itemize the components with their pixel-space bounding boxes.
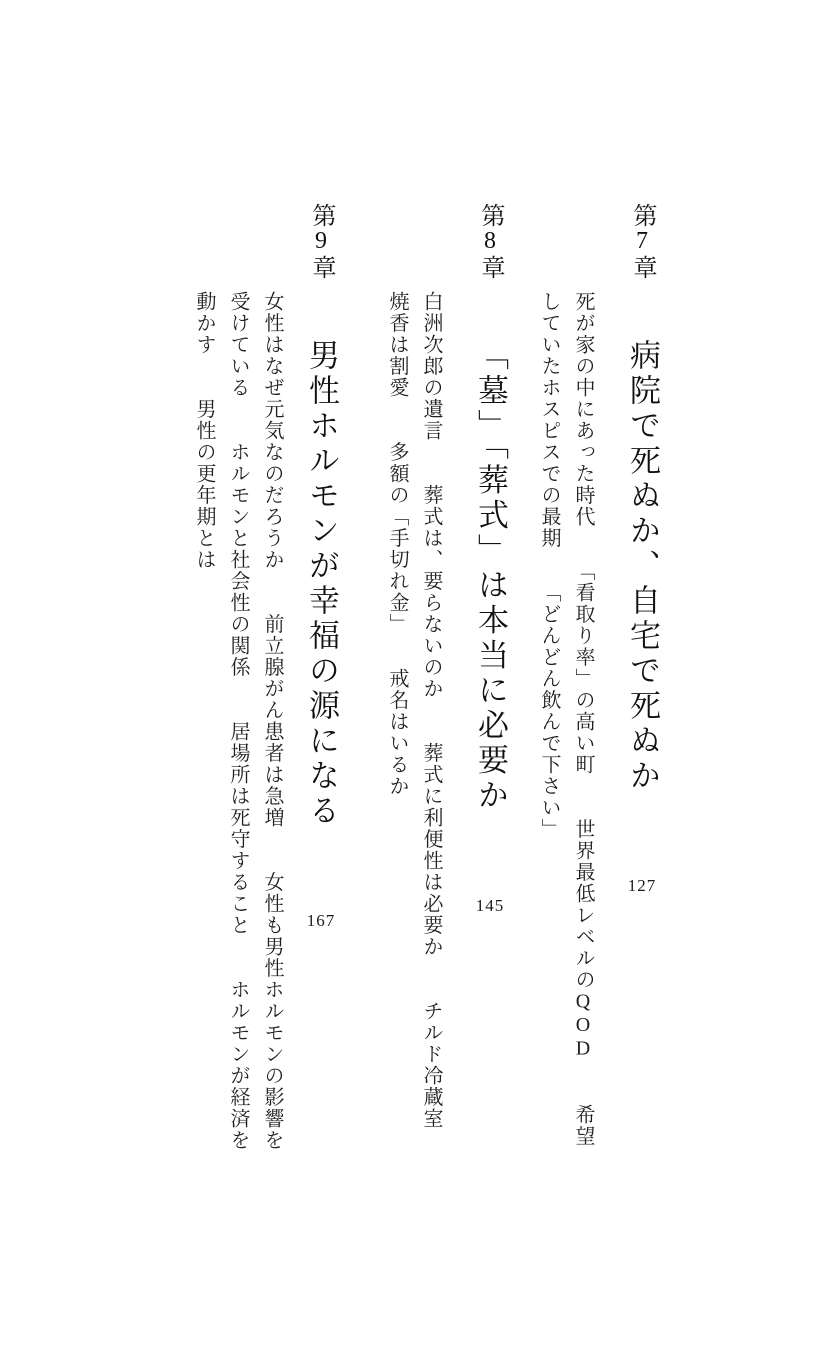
chapter-7-subentries-column-2: していたホスピスでの最期 「どんどん飲んで下さい」 (532, 203, 566, 1303)
chapter-9-subentries-column-2: 受けている ホルモンと社会性の関係 居場所は死守すること ホルモンが経済を (221, 203, 255, 1303)
chapter-7-label: 第7章 (629, 203, 655, 280)
chapter-7-subentries-column-1: 死が家の中にあった時代 「看取り率」の高い町 世界最低レベルのQOD 希望 (566, 203, 600, 1303)
book-toc-page: { "page": { "background": "#ffffff", "te… (0, 0, 835, 1357)
chapter-8-subentries-column-2: 焼香は割愛 多額の「手切れ金」 戒名はいるか (380, 203, 414, 1303)
chapter-9-page-number: 167 (307, 912, 336, 929)
chapter-8-subentries-column-1: 白洲次郎の遺言 葬式は、要らないのか 葬式に利便性は必要か チルド冷蔵室 (414, 203, 448, 1303)
chapter-9-subentries-column-3: 動かす 男性の更年期とは (187, 203, 221, 1303)
chapter-9-heading: 第9章 男性ホルモンが幸福の源になる 167 (299, 203, 343, 1303)
chapter-9-label: 第9章 (308, 203, 334, 280)
chapter-9-title: 男性ホルモンが幸福の源になる (304, 339, 339, 829)
chapter-8-page-number: 145 (476, 897, 505, 914)
table-of-contents: 第7章 病院で死ぬか、自宅で死ぬか 127 死が家の中にあった時代 「看取り率」… (187, 203, 664, 1303)
chapter-7-title: 病院で死ぬか、自宅で死ぬか (625, 339, 660, 794)
chapter-9-subentries-column-1: 女性はなぜ元気なのだろうか 前立腺がん患者は急増 女性も男性ホルモンの影響を (255, 203, 289, 1303)
toc-chapter-7: 第7章 病院で死ぬか、自宅で死ぬか 127 死が家の中にあった時代 「看取り率」… (532, 203, 664, 1303)
chapter-7-heading: 第7章 病院で死ぬか、自宅で死ぬか 127 (620, 203, 664, 1303)
chapter-8-label: 第8章 (477, 203, 503, 280)
chapter-8-heading: 第8章 「墓」「葬式」は本当に必要か 145 (468, 203, 512, 1303)
toc-chapter-8: 第8章 「墓」「葬式」は本当に必要か 145 白洲次郎の遺言 葬式は、要らないの… (380, 203, 512, 1303)
chapter-8-title: 「墓」「葬式」は本当に必要か (473, 339, 508, 814)
toc-chapter-9: 第9章 男性ホルモンが幸福の源になる 167 女性はなぜ元気なのだろうか 前立腺… (187, 203, 343, 1303)
chapter-7-page-number: 127 (628, 877, 657, 894)
